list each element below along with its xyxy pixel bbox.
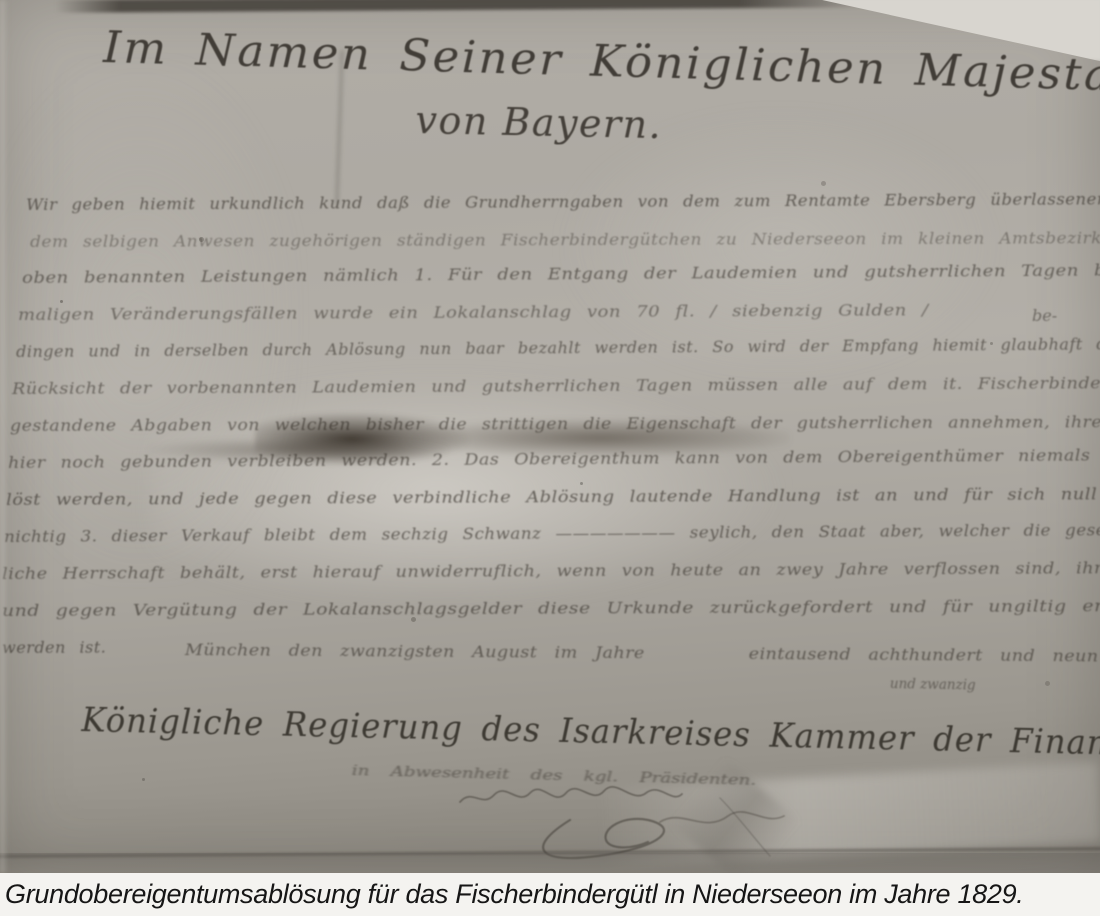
caption-bar: Grundobereigentumsablösung für das Fisch… <box>0 873 1100 916</box>
handwritten-line: Rücksicht der vorbenannten Laudemien und… <box>12 368 1100 404</box>
handwritten-line: oben benannten Leistungen nämlich 1. Für… <box>22 255 1100 293</box>
handwritten-line: und gegen Vergütung der Lokalanschlagsge… <box>2 591 1100 626</box>
document-photo: Im Namen Seiner Königlichen Majestaet vo… <box>0 0 1100 873</box>
handwritten-line: Wir geben hiemit urkundlich kund daß die… <box>26 184 1100 220</box>
handwritten-line: liche Herrschaft behält, erst hierauf un… <box>2 553 1100 589</box>
date-line: München den zwanzigsten August im Jahre … <box>185 641 1099 665</box>
scanned-book-page: Im Namen Seiner Königlichen Majestaet vo… <box>0 0 1100 916</box>
handwritten-line: löst werden, und jede gegen diese verbin… <box>6 479 1100 515</box>
signature-scribble <box>420 780 810 868</box>
document-heading-line2: von Bayern. <box>415 98 663 147</box>
caption-text: Grundobereigentumsablösung für das Fisch… <box>5 879 1099 910</box>
handwritten-line: gestandene Abgaben von welchen bisher di… <box>10 407 1100 441</box>
handwritten-line-fragment: be- <box>1032 306 1057 325</box>
handwritten-line: dem selbigen Anwesen zugehörigen ständig… <box>30 223 1100 257</box>
handwritten-line: maligen Veränderungsfällen wurde ein Lok… <box>18 295 929 330</box>
handwritten-line: werden ist. <box>2 633 106 663</box>
issuing-authority-line: Königliche Regierung des Isarkreises Kam… <box>81 700 1100 765</box>
handwritten-line: hier noch gebunden verbleiben werden. 2.… <box>8 440 1100 478</box>
handwritten-line: nichtig 3. dieser Verkauf bleibt dem sec… <box>4 515 1100 552</box>
left-edge-highlight <box>0 0 8 873</box>
handwritten-line: dingen und in derselben durch Ablösung n… <box>16 329 1100 367</box>
date-line-continuation: und zwanzig <box>890 676 976 693</box>
document-top-edge-shadow <box>55 0 870 13</box>
document-heading-line1: Im Namen Seiner Königlichen Majestaet <box>103 22 1100 103</box>
